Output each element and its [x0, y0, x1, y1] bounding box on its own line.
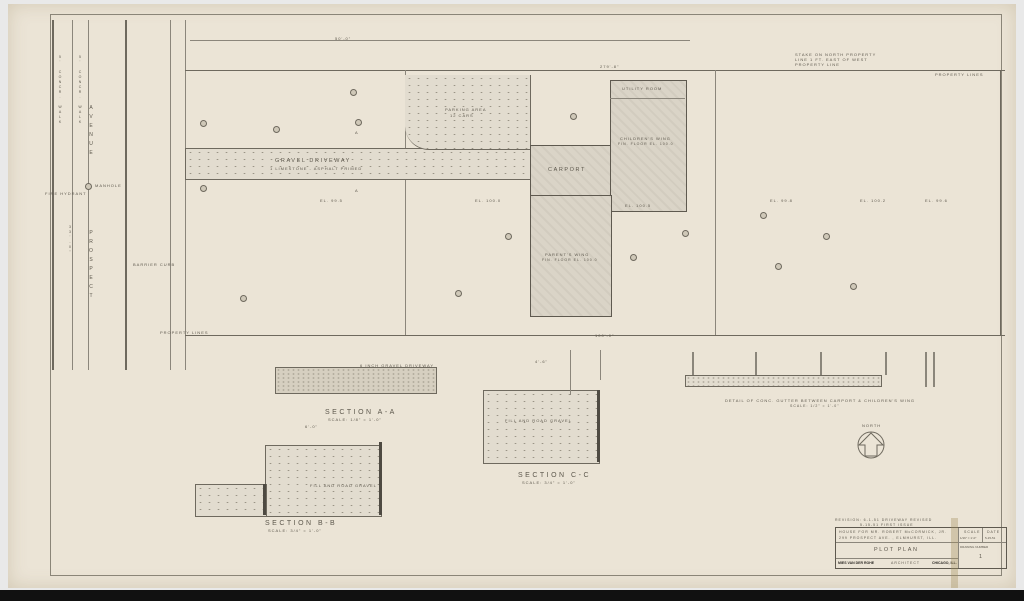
section-aa-note: 6 INCH GRAVEL DRIVEWAY — [360, 363, 434, 368]
date-label: DATE — [987, 530, 1000, 534]
parents-wing-label: PARENT'S WING — [545, 252, 589, 257]
gutter-detail-scale: SCALE: 1/2" = 1'-0" — [790, 404, 840, 408]
property-lines-label-2: PROPERTY LINES — [935, 72, 984, 77]
driveway-sublabel: 1 LIMESTONE - ASPHALT PRIMED — [270, 166, 362, 171]
drawing-number: 1 — [979, 554, 984, 560]
street-dimension: 33'-0" — [68, 225, 72, 255]
elevation-2: EL. 100.0 — [475, 198, 501, 203]
north-label: NORTH — [862, 423, 881, 428]
scale-label: SCALE — [964, 530, 980, 534]
project-name: HOUSE FOR MR. ROBERT McCORMICK, JR. — [839, 530, 947, 534]
elevation-5: EL. 100.2 — [860, 198, 886, 203]
project-address: 299 PROSPECT AVE. , ELMHURST, ILL. — [839, 536, 937, 540]
section-cc-scale: SCALE: 3/4" = 1'-0" — [522, 480, 576, 485]
tape-stain — [951, 518, 958, 588]
section-mark-a-bottom: A — [355, 188, 359, 193]
gutter-detail-title: DETAIL OF CONC. GUTTER BETWEEN CARPORT &… — [725, 398, 915, 403]
parents-wing-sublabel: FIN. FLOOR EL. 100.0 — [542, 258, 598, 262]
carport-label: CARPORT — [548, 167, 586, 173]
section-bb-fill — [195, 484, 267, 517]
manhole-label: MANHOLE — [95, 183, 122, 188]
barrier-curb-label: BARRIER CURB — [133, 262, 175, 267]
elevation-1: EL. 99.5 — [320, 198, 343, 203]
dim-bottom: 100'-0" — [595, 333, 614, 338]
manhole-icon — [85, 183, 92, 190]
section-cc-drawing — [483, 390, 600, 464]
elevation-3: EL. 100.5 — [625, 203, 651, 208]
north-arrow: NORTH — [856, 430, 886, 460]
stake-note: STAKE ON NORTH PROPERTY LINE 1 FT. EAST … — [795, 52, 885, 67]
dim-bb: 6'-0" — [305, 424, 318, 429]
dim-cc: 4'-6" — [535, 359, 548, 364]
title-block: HOUSE FOR MR. ROBERT McCORMICK, JR. 299 … — [835, 527, 1007, 569]
scale-value: 1/16" = 1'-0" — [960, 536, 976, 540]
north-arrow-icon — [856, 430, 886, 460]
property-lines-label: PROPERTY LINES — [160, 330, 209, 335]
gutter-detail-drawing — [685, 375, 882, 387]
elevation-4: EL. 99.8 — [770, 198, 793, 203]
section-bb-drawing — [265, 445, 382, 517]
driveway-label: GRAVEL DRIVEWAY — [275, 158, 351, 164]
section-aa-scale: SCALE: 1/8" = 1'-0" — [328, 417, 382, 422]
viewer-bottom-bar — [0, 590, 1024, 601]
drawing-number-label: DRAWING NUMBER — [960, 545, 988, 549]
section-bb-title: SECTION B-B — [265, 520, 337, 527]
gravel-driveway — [185, 148, 532, 180]
childrens-wing-sublabel: FIN. FLOOR EL. 100.0 — [618, 142, 674, 146]
architect-name: MIES VAN DER ROHE — [838, 561, 874, 565]
section-cc-note: FILL AND ROAD GRAVEL — [505, 418, 572, 423]
avenue-label: AVENUE — [88, 105, 94, 159]
dim-mid: 279'-8" — [600, 64, 619, 69]
childrens-wing-label: CHILDREN'S WING — [620, 136, 671, 141]
fire-hydrant-label: FIRE HYDRANT — [45, 191, 87, 196]
utility-room-label: UTILITY ROOM — [622, 86, 662, 91]
walk-label-1: 5' CONCR. WALK — [58, 55, 62, 125]
revision-1: REVISION: 6-1-51 DRIVEWAY REVISED — [835, 518, 932, 522]
prospect-label: PROSPECT — [88, 230, 94, 302]
elevation-6: EL. 99.6 — [925, 198, 948, 203]
walk-label-2: 5' CONCR. WALK — [78, 55, 82, 125]
date-value: 5-15-51 — [985, 536, 995, 540]
parking-label: PARKING AREA — [445, 107, 487, 112]
section-aa-title: SECTION A-A — [325, 409, 397, 416]
section-aa-drawing — [275, 367, 437, 394]
section-bb-note: FILL AND ROAD GRAVEL — [310, 483, 377, 488]
drawing-title: PLOT PLAN — [874, 547, 919, 553]
section-bb-scale: SCALE: 3/4" = 1'-0" — [268, 528, 322, 533]
section-mark-a-top: A — [355, 130, 359, 135]
section-cc-title: SECTION C-C — [518, 472, 591, 479]
childrens-wing — [610, 80, 687, 212]
parking-sublabel: 12 CARS — [450, 113, 474, 118]
architect-label: ARCHITECT — [891, 561, 920, 565]
dim-top: 50'-0" — [335, 36, 351, 41]
